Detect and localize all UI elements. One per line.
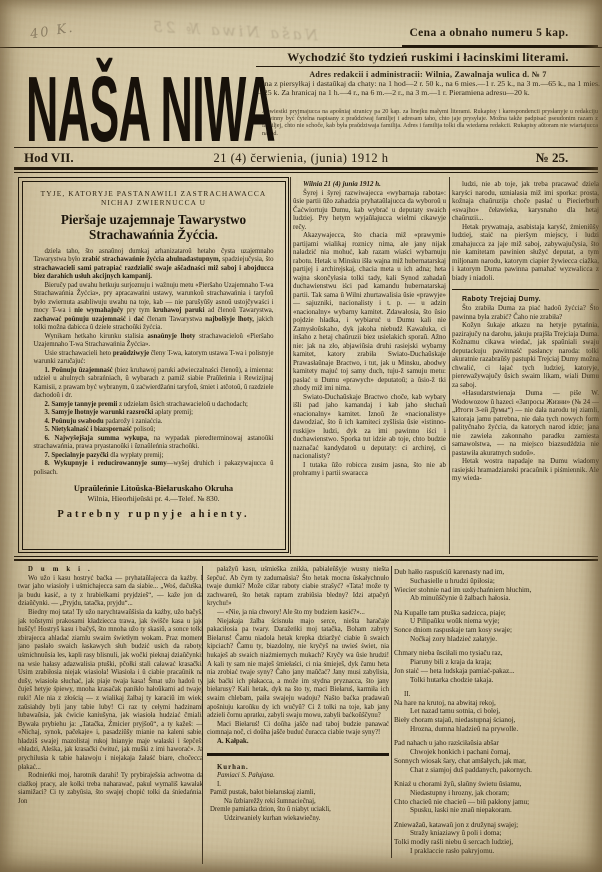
ad-list-item: 7. Specialnyje pazyčki dla wypłaty premi…: [34, 452, 274, 461]
continuation-paragraph: Hetak prywatnaja, asabistaja karyść, źmi…: [452, 223, 599, 283]
insurance-ad-content: TYJE, KATORYJE PASTANAWILI ZASTRACHAWACC…: [22, 181, 286, 550]
editorial-paragraph: Akazywajecca, što chacia miž «prawymi» p…: [293, 231, 446, 393]
poem-stanza: Dub hałło raspuściŭ karenasty nad im,Suc…: [394, 568, 600, 603]
ad-paragraph: dziela taho, što asnaŭnoj dumkaj arhaniz…: [34, 248, 274, 282]
ad-list-item: 3. Samyje lhotnyje warunki razsročki apł…: [34, 409, 274, 418]
midpage-rule-thin: [14, 556, 598, 557]
header-rule-2: [256, 66, 600, 67]
poem-stanza: Kniaź u chorami žyŭ, słaŭny świetu ŭsiam…: [394, 780, 600, 815]
dumki-paragraph: Rodnieńki moj, harotnik darahi! Ty prybi…: [18, 772, 203, 806]
dumki-paragraph: Maci Biełaruś! Ci doŭha jašče nad taboj …: [207, 721, 389, 738]
section-rule: [452, 289, 599, 290]
duma-paragraph: Hetak wostra napadaje na Dumu wiadomy ra…: [452, 457, 599, 483]
ad-paragraph: Usie strachawacieli heto praŭdziwyje čle…: [34, 350, 274, 367]
frequency-line: Wychodzić što tydzień ruskimi i łacinski…: [256, 50, 600, 65]
editorial-paragraph: Swiato-Duchaŭskaje Bractwo choče, kab wy…: [293, 393, 446, 461]
ad-agents-wanted: Patrebny rupnyje ahienty.: [34, 509, 274, 520]
ad-title: Pieršaje uzajemnaje Tawarystwo Strachawa…: [40, 212, 268, 242]
editorial-dateline-heading: Wilnia 21 (4) junia 1912 h.: [293, 180, 446, 189]
dateline-rule-top: [14, 147, 598, 148]
duma-column: ludzi, nie ab toje, jak treba pracawać d…: [452, 180, 599, 554]
duma-paragraph: «Hasudarstwienaja Duma — piše W. Wodowoz…: [452, 389, 599, 457]
ad-address: Wilnia, Hieorhijeŭski pr. 4.—Telef. № 83…: [34, 494, 274, 503]
poem-stanza: Na Kupalle tam ptuška sadzicca, piaje;U …: [394, 609, 600, 644]
kurhan-heading: Kurhan.: [207, 764, 389, 773]
column-rule: [449, 177, 450, 554]
kurhan-dedication: Pamiaci S. Pałujana.: [207, 772, 389, 781]
author-signature: A. Kałpak.: [207, 738, 389, 747]
kurhan-poem-column: Dub hałło raspuściŭ karenasty nad im,Suc…: [394, 568, 600, 868]
ad-paragraph: Wynikam hetkaho kirunku stalisia asnaŭny…: [34, 333, 274, 350]
header-rule-1: [0, 47, 602, 48]
pencil-mark: 40 K.: [29, 21, 75, 43]
ad-list-item: 2. Samyje tannyje premii z udziełam ŭsic…: [34, 401, 274, 410]
poem-stanza: Chmary nieba ŭsciłali mo tysiaču raz,Pia…: [394, 649, 600, 684]
dateline-rule-thin: [14, 172, 598, 173]
editorial-column: Wilnia 21 (4) junia 1912 h. Šyrej i šyre…: [293, 180, 446, 554]
insurance-ad-box: TYJE, KATORYJE PASTANAWILI ZASTRACHAWACC…: [18, 177, 289, 553]
dateline-rule-thick: [14, 167, 598, 170]
poem-stanza: Pad nahach u jaho razściłaŭsia abšarChwo…: [394, 739, 600, 774]
ink-offset-mark: Naša Niwa № 25: [150, 18, 319, 45]
issue-number: № 25.: [510, 150, 594, 166]
ad-list-item: 4. Poŭnuju swabodu padarožy i zaniaćcia.: [34, 418, 274, 427]
column-rule: [391, 566, 392, 858]
dumki-paragraph: pałažyŭ kasu, uśmieška znikła, pabialeŭš…: [207, 566, 389, 609]
poem-stanza: Pamiž pustak, bałot biełaruskaj ziamli,N…: [210, 789, 386, 823]
ad-list-item: 5. Nietykalnaść i biazspornaść polisoŭ;: [34, 426, 274, 435]
dumki-heading: Dumki.: [18, 566, 203, 575]
kurhan-part-label: I.: [207, 781, 389, 790]
dumki-column: Dumki. Wo užo i kasu hostryć baćka — pry…: [18, 566, 203, 866]
dumki-paragraph: Niejakaja žalba ścisnuła majo serce, nie…: [207, 618, 389, 721]
column-rule: [290, 177, 291, 554]
ad-organization: Upraŭleńnie Litoŭska-Biełaruskaho Okruha: [34, 484, 274, 493]
dumki-paragraph: — «Nie, ja nia chwory! Ale što my budzie…: [207, 609, 389, 618]
dumki-paragraph: Biedny moj tata! Ty užo narychtawaŭšisia…: [18, 609, 203, 772]
duma-paragraph: Kožyn šukaje atkazu na hetyje pytańnia, …: [452, 321, 599, 389]
price-line: Cena a obnaho numeru 5 kap.: [380, 27, 598, 39]
ad-list-item: 6. Najwyšejšaja summa wykupa, na wypadak…: [34, 435, 274, 452]
editorial-paragraph: I tutaka ŭžo robicca zusim jasna, što ni…: [293, 461, 446, 478]
duma-article-heading: Raboty Trejciaj Dumy.: [452, 296, 599, 305]
newspaper-page: { "colors": { "paper": "#d6caa9", "ink":…: [0, 0, 602, 872]
midpage-rule-thick: [14, 559, 598, 561]
kurhan-part-label: II.: [394, 690, 600, 699]
column-rule: [202, 566, 203, 864]
subscription-rates: Cena z piersyłkaj i dastaŭkaj da chaty: …: [256, 80, 600, 98]
poem-stanza: Zniewažaŭ, katawaŭ jon z družynaj swajej…: [394, 821, 600, 856]
continuation-paragraph: ludzi, nie ab toje, jak treba pracawać d…: [452, 180, 599, 223]
ad-paragraph: Bieručy pad uwahu hetkuju surjoznuju i w…: [34, 282, 274, 333]
ad-list-item: 1. Poŭnuju ŭzajemnaść (biez kruhawoj par…: [34, 367, 274, 401]
editorial-address: Adres redakcii i administracii: Wilnia, …: [256, 70, 600, 79]
editorial-paragraph: Šyrej i šyrej razwiwajecca «wybarnaja ra…: [293, 189, 446, 232]
ad-list-item: 8. Wykupnyje i reducirowannyje sumy—wyše…: [34, 460, 274, 477]
duma-paragraph: Što zrabiła Duma za piać hadoŭ žyćcia? Š…: [452, 304, 599, 321]
dumki-paragraph: Wo užo i kasu hostryć baćka — pryhataŭla…: [18, 575, 203, 609]
ad-notice-line: TYJE, KATORYJE PASTANAWILI ZASTRACHAWACC…: [34, 189, 274, 207]
poem-stanza: Na hare na krutoj, na abwitaj rekoj,Let …: [394, 699, 600, 734]
section-rule: [207, 753, 389, 755]
dumki-continuation-column: pałažyŭ kasu, uśmieška znikła, pabialeŭš…: [207, 566, 389, 870]
submission-fine-print: Abwiestki pryjmajucca na apošniaj strani…: [262, 108, 598, 137]
